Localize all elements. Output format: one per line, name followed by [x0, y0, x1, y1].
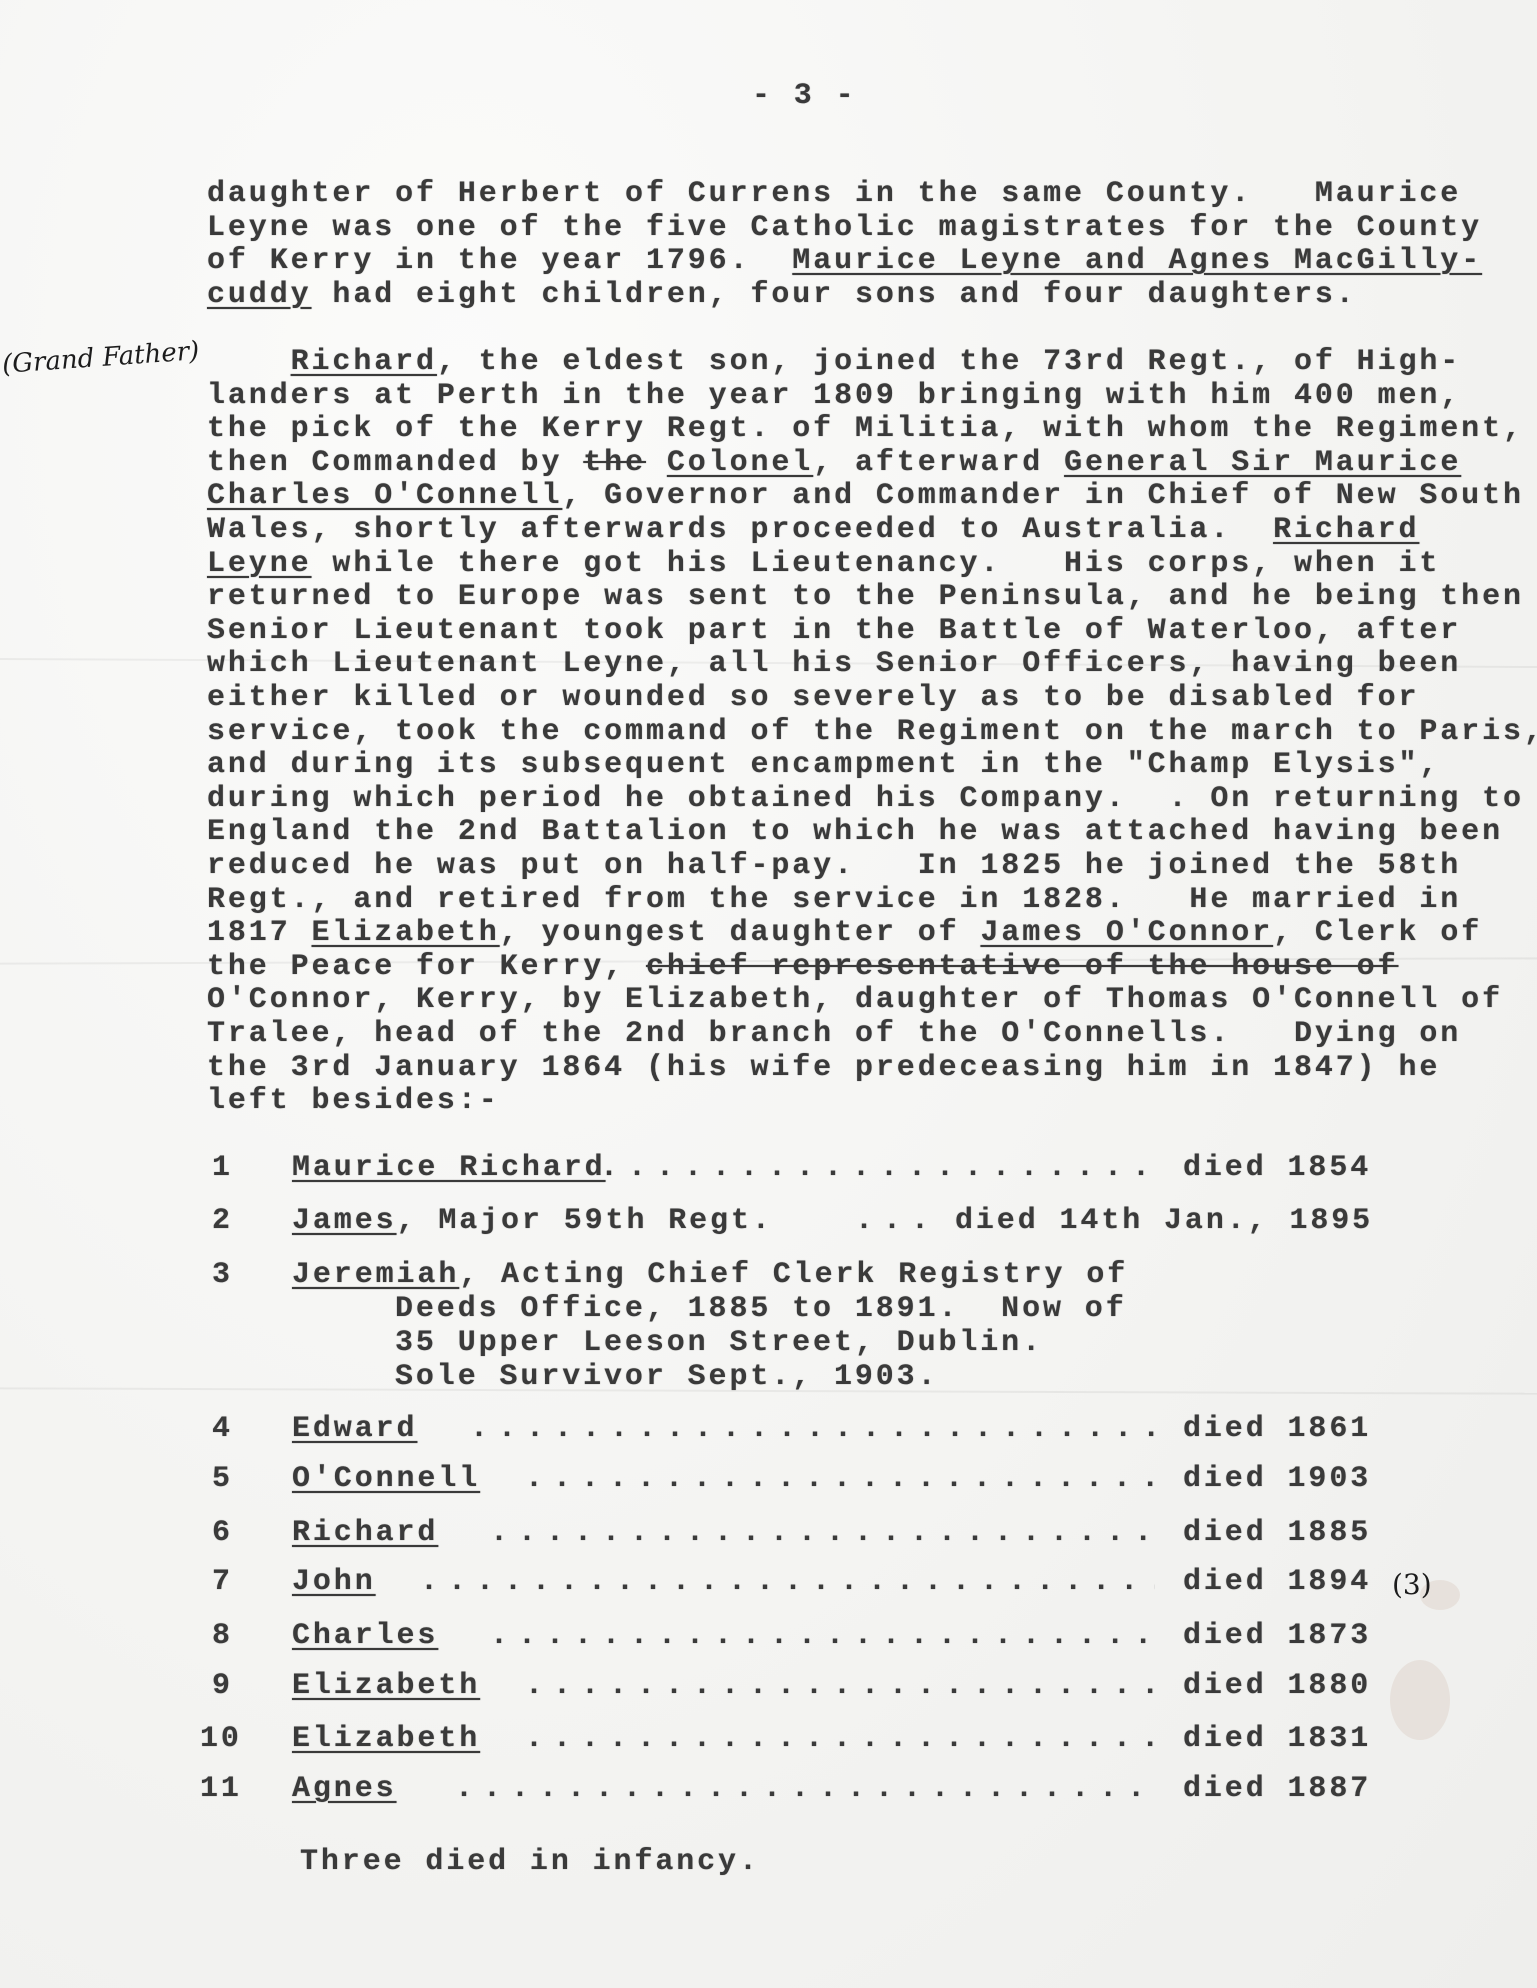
handwritten-note-grandfather: (Grand Father) — [1, 336, 200, 380]
child-name: Agnes — [292, 1772, 397, 1806]
death-date: died 1903 — [1183, 1463, 1371, 1497]
text: Senior Lieutenant took part in the Battl… — [207, 614, 1461, 648]
text: either killed or wounded so severely as … — [207, 681, 1419, 715]
text: Leyne was one of the five Catholic magis… — [207, 211, 1482, 245]
text: , Clerk of — [1273, 916, 1482, 950]
underlined-text: Elizabeth — [312, 916, 500, 950]
body-line: returned to Europe was sent to the Penin… — [207, 581, 1524, 615]
list-item-name: Jeremiah, Acting Chief Clerk Registry of — [292, 1259, 1128, 1293]
child-name: Elizabeth — [292, 1722, 480, 1756]
list-item-number: 5 — [212, 1463, 233, 1497]
text: returned to Europe was sent to the Penin… — [207, 580, 1524, 614]
body-line: either killed or wounded so severely as … — [207, 682, 1419, 716]
list-item-number: 1 — [212, 1152, 233, 1186]
body-line: left besides:- — [207, 1085, 500, 1119]
body-line: 1817 Elizabeth, youngest daughter of Jam… — [207, 917, 1482, 951]
struck-text: chief representative of the house of — [646, 950, 1399, 984]
text: , afterward — [813, 446, 1064, 480]
text: reduced he was put on half-pay. In 1825 … — [207, 849, 1461, 883]
death-date: died 1885 — [1183, 1517, 1371, 1551]
child-name: Elizabeth — [292, 1669, 480, 1703]
text: and during its subsequent encampment in … — [207, 748, 1440, 782]
list-item-name: Agnes — [292, 1773, 397, 1807]
list-item-number: 2 — [212, 1205, 233, 1239]
text: had eight children, four sons and four d… — [312, 278, 1357, 312]
footer-note: Three died in infancy. — [300, 1846, 760, 1880]
text: , Governor and Commander in Chief of New… — [562, 479, 1524, 513]
underlined-text: Leyne — [207, 547, 312, 581]
page-number: - 3 - — [752, 80, 857, 114]
list-item-number: 9 — [212, 1670, 233, 1704]
text: O'Connor, Kerry, by Elizabeth, daughter … — [207, 983, 1503, 1017]
body-line: the pick of the Kerry Regt. of Militia, … — [207, 413, 1524, 447]
underlined-text: General Sir Maurice — [1064, 446, 1461, 480]
intro-line: of Kerry in the year 1796. Maurice Leyne… — [207, 245, 1482, 279]
underlined-text: cuddy — [207, 278, 312, 312]
body-line: Senior Lieutenant took part in the Battl… — [207, 615, 1461, 649]
text: left besides:- — [207, 1084, 500, 1118]
dot-leader: ....................................... — [490, 1620, 1155, 1654]
death-date: died 1887 — [1183, 1773, 1371, 1807]
body-line: then Commanded by the Colonel, afterward… — [207, 447, 1461, 481]
list-item-name: Elizabeth — [292, 1723, 480, 1757]
body-line: the Peace for Kerry, chief representativ… — [207, 951, 1398, 985]
struck-text: the — [583, 446, 646, 480]
text: which Lieutenant Leyne, all his Senior O… — [207, 647, 1461, 681]
intro-line: Leyne was one of the five Catholic magis… — [207, 212, 1482, 246]
text: while there got his Lieutenancy. His cor… — [312, 547, 1441, 581]
text: service, took the command of the Regimen… — [207, 715, 1537, 749]
underlined-text: Richard — [1273, 513, 1419, 547]
list-item-continuation: Sole Survivor Sept., 1903. — [395, 1361, 938, 1395]
child-detail: , Acting Chief Clerk Registry of — [459, 1258, 1128, 1292]
child-name: O'Connell — [292, 1462, 480, 1496]
death-date: died 1831 — [1183, 1723, 1371, 1757]
text: , the eldest son, joined the 73rd Regt.,… — [437, 345, 1461, 379]
death-date: died 1861 — [1183, 1413, 1371, 1447]
body-line: during which period he obtained his Comp… — [207, 783, 1524, 817]
death-date: died 1894 — [1183, 1566, 1371, 1600]
body-line: Leyne while there got his Lieutenancy. H… — [207, 548, 1440, 582]
text: landers at Perth in the year 1809 bringi… — [207, 379, 1461, 413]
death-date: died 1873 — [1183, 1620, 1371, 1654]
text: 1817 — [207, 916, 312, 950]
body-line: which Lieutenant Leyne, all his Senior O… — [207, 648, 1461, 682]
underlined-text: Maurice Leyne and Agnes MacGilly- — [792, 244, 1482, 278]
list-item-name: Richard — [292, 1517, 438, 1551]
text: the 3rd January 1864 (his wife predeceas… — [207, 1051, 1440, 1085]
list-item-name: Charles — [292, 1620, 438, 1654]
text: Regt., and retired from the service in 1… — [207, 883, 1461, 917]
body-line: landers at Perth in the year 1809 bringi… — [207, 380, 1461, 414]
list-item-number: 8 — [212, 1620, 233, 1654]
child-name: Maurice Richard — [292, 1151, 606, 1185]
list-item-number: 4 — [212, 1413, 233, 1447]
death-date: died 14th Jan., 1895 — [955, 1205, 1373, 1239]
text: daughter of Herbert of Currens in the sa… — [207, 177, 1461, 211]
intro-line: cuddy had eight children, four sons and … — [207, 279, 1357, 313]
body-line: Richard, the eldest son, joined the 73rd… — [207, 346, 1461, 380]
body-line: Wales, shortly afterwards proceeded to A… — [207, 514, 1419, 548]
child-name: John — [292, 1565, 376, 1599]
body-line: Tralee, head of the 2nd branch of the O'… — [207, 1018, 1461, 1052]
text: England the 2nd Battalion to which he wa… — [207, 815, 1503, 849]
text: the Peace for Kerry, — [207, 950, 646, 984]
paper-stain — [1390, 1660, 1450, 1740]
body-line: O'Connor, Kerry, by Elizabeth, daughter … — [207, 984, 1503, 1018]
body-line: Regt., and retired from the service in 1… — [207, 884, 1461, 918]
underlined-text: James O'Connor — [980, 916, 1273, 950]
list-item-number: 10 — [200, 1723, 242, 1757]
dot-leader: ....................................... — [525, 1723, 1155, 1757]
text — [646, 446, 667, 480]
underlined-text: Colonel — [667, 446, 813, 480]
text — [207, 345, 291, 379]
list-item-name: O'Connell — [292, 1463, 480, 1497]
dot-leader: ....................................... — [470, 1413, 1155, 1447]
list-item-name: James, Major 59th Regt. — [292, 1205, 773, 1239]
list-item-name: John — [292, 1566, 376, 1600]
body-line: reduced he was put on half-pay. In 1825 … — [207, 850, 1461, 884]
child-name: Charles — [292, 1619, 438, 1653]
list-item-number: 7 — [212, 1566, 233, 1600]
death-date: died 1854 — [1183, 1152, 1371, 1186]
text: during which period he obtained his Comp… — [207, 782, 1524, 816]
dot-leader: ....................................... — [600, 1152, 1155, 1186]
text: Wales, shortly afterwards proceeded to A… — [207, 513, 1273, 547]
list-item-continuation: Deeds Office, 1885 to 1891. Now of — [395, 1293, 1127, 1327]
text: Tralee, head of the 2nd branch of the O'… — [207, 1017, 1461, 1051]
body-line: the 3rd January 1864 (his wife predeceas… — [207, 1052, 1440, 1086]
handwritten-note-item7: (3) — [1392, 1568, 1432, 1601]
text: , youngest daughter of — [500, 916, 981, 950]
body-line: England the 2nd Battalion to which he wa… — [207, 816, 1503, 850]
list-item-name: Maurice Richard — [292, 1152, 606, 1186]
dot-leader: ....................................... — [455, 1773, 1155, 1807]
underlined-text: Richard — [291, 345, 437, 379]
list-item-number: 6 — [212, 1517, 233, 1551]
dot-leader: ....................................... — [855, 1205, 927, 1239]
list-item-continuation: 35 Upper Leeson Street, Dublin. — [395, 1327, 1043, 1361]
dot-leader: ....................................... — [525, 1670, 1155, 1704]
dot-leader: ....................................... — [420, 1566, 1155, 1600]
text: then Commanded by — [207, 446, 583, 480]
intro-line: daughter of Herbert of Currens in the sa… — [207, 178, 1461, 212]
body-line: service, took the command of the Regimen… — [207, 716, 1537, 750]
child-name: James — [292, 1204, 397, 1238]
list-item-number: 3 — [212, 1259, 233, 1293]
child-name: Edward — [292, 1412, 417, 1446]
dot-leader: ....................................... — [490, 1517, 1155, 1551]
child-name: Jeremiah — [292, 1258, 459, 1292]
text: the pick of the Kerry Regt. of Militia, … — [207, 412, 1524, 446]
body-line: and during its subsequent encampment in … — [207, 749, 1440, 783]
child-name: Richard — [292, 1516, 438, 1550]
text: of Kerry in the year 1796. — [207, 244, 792, 278]
list-item-name: Edward — [292, 1413, 417, 1447]
dot-leader: ....................................... — [525, 1463, 1155, 1497]
child-detail: , Major 59th Regt. — [397, 1204, 773, 1238]
body-line: Charles O'Connell, Governor and Commande… — [207, 480, 1524, 514]
list-item-name: Elizabeth — [292, 1670, 480, 1704]
list-item-number: 11 — [200, 1773, 242, 1807]
underlined-text: Charles O'Connell — [207, 479, 562, 513]
death-date: died 1880 — [1183, 1670, 1371, 1704]
